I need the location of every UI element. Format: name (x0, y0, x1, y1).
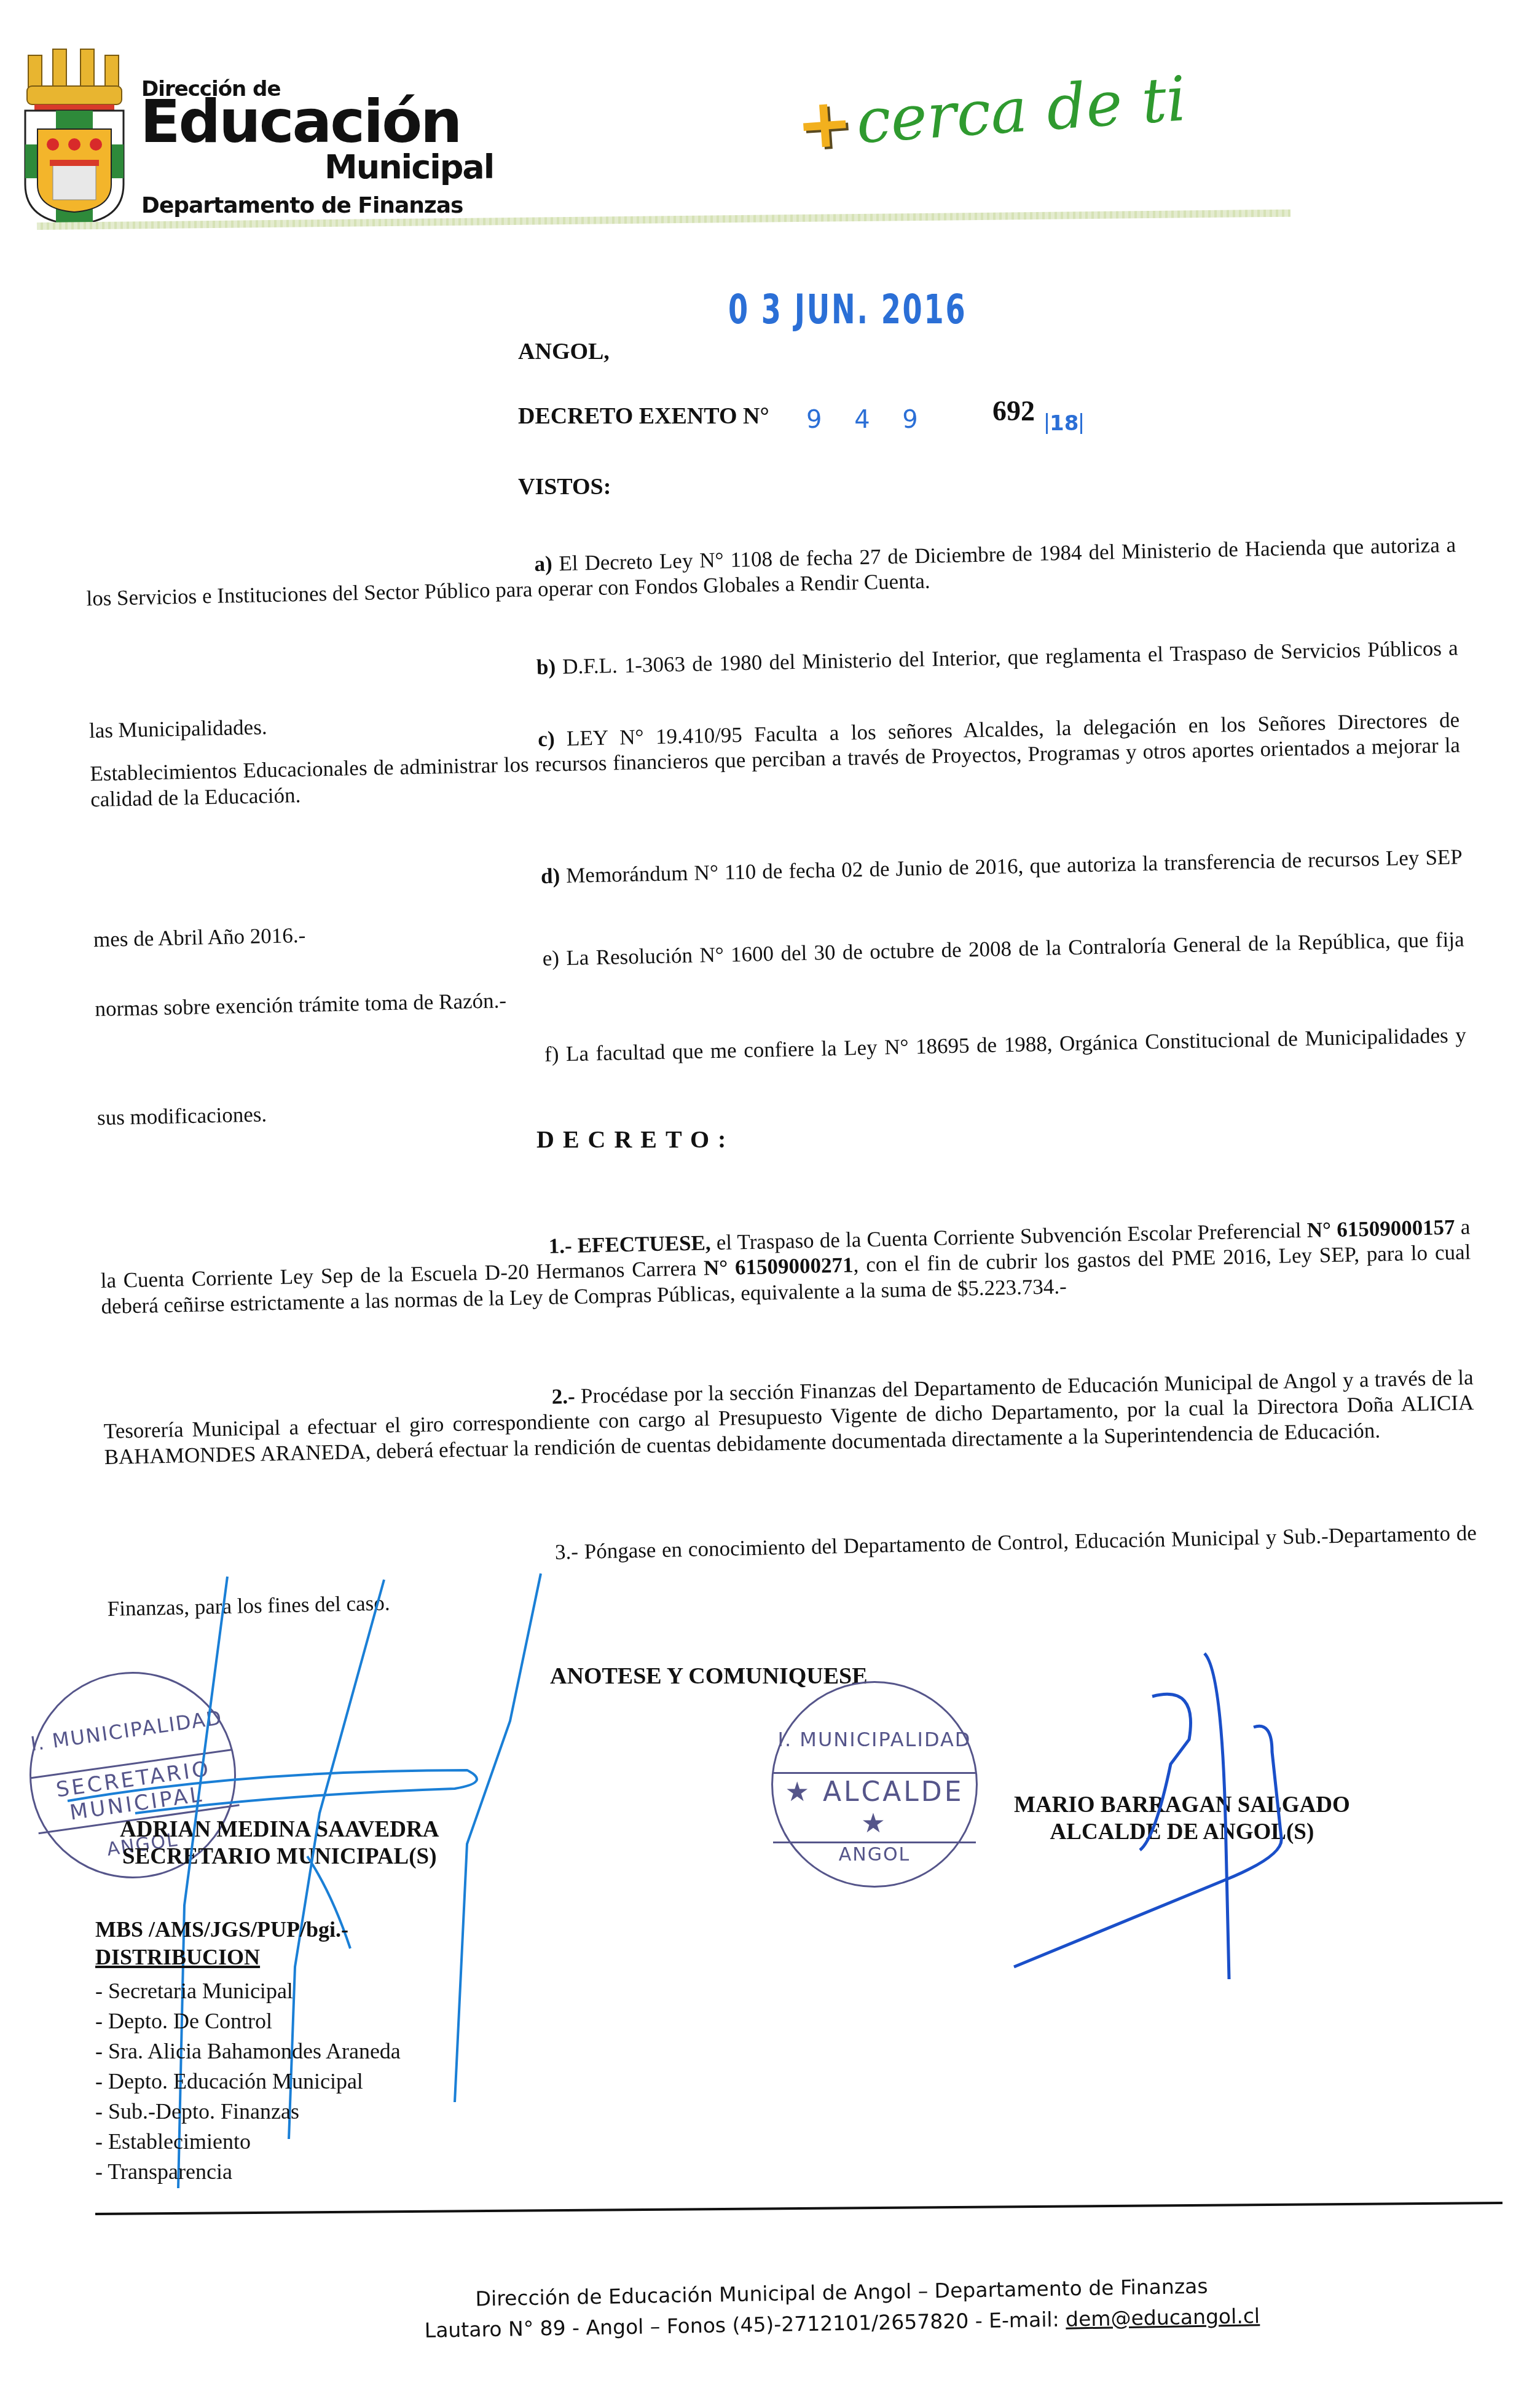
visto-f: f) La facultad que me confiere la Ley N°… (95, 1008, 1467, 1144)
distribution-item: - Depto. De Control (95, 2006, 401, 2036)
org-line-2: Educación (140, 92, 460, 151)
footer-divider (95, 2202, 1503, 2215)
secretary-name: ADRIAN MEDINA SAAVEDRA (120, 1816, 439, 1843)
city-heading: ANGOL, (518, 338, 610, 365)
org-line-3: Municipal (324, 148, 493, 186)
reference-stamp: 18 (1046, 413, 1082, 434)
plus-icon: + (793, 82, 855, 165)
decreto-item-2: 2.- Procédase por la sección Finanzas de… (103, 1365, 1475, 1470)
vistos-heading: VISTOS: (518, 473, 611, 500)
typist-initials: MBS /AMS/JGS/PUP/bgi.- (95, 1916, 348, 1942)
distribution-item: - Sra. Alicia Bahamondes Araneda (95, 2036, 401, 2066)
footer: Dirección de Educación Municipal de Ango… (380, 2269, 1303, 2346)
mayor-name: MARIO BARRAGAN SALGADO (1014, 1792, 1350, 1819)
email-link[interactable]: dem@educangol.cl (1066, 2304, 1260, 2331)
distribution-item: - Establecimiento (95, 2127, 401, 2157)
mayor-seal: I. MUNICIPALIDAD ★ ALCALDE ★ ANGOL (771, 1681, 978, 1888)
decree-label: DECRETO EXENTO N° (518, 403, 769, 430)
distribution-item: - Depto. Educación Municipal (95, 2066, 401, 2097)
visto-a: a) El Decreto Ley N° 1108 de fecha 27 de… (85, 532, 1456, 612)
slogan: +cerca de ti (793, 59, 1188, 165)
date-stamp: 0 3 JUN. 2016 (728, 286, 967, 333)
mayor-title: ALCALDE DE ANGOL(S) (1014, 1819, 1350, 1846)
coat-of-arms-icon (22, 43, 127, 227)
closing-formula: ANOTESE Y COMUNIQUESE (550, 1663, 868, 1690)
distribution-heading: DISTRIBUCION (95, 1944, 260, 1970)
reference-number: 692 (992, 395, 1035, 427)
secretary-signature-block: ADRIAN MEDINA SAAVEDRA SECRETARIO MUNICI… (120, 1816, 439, 1871)
org-department: Departamento de Finanzas (141, 193, 463, 218)
decreto-heading: DECRETO: (536, 1125, 734, 1154)
slogan-text: cerca de ti (854, 62, 1188, 157)
distribution-list: - Secretaria Municipal - Depto. De Contr… (95, 1976, 401, 2187)
distribution-item: - Secretaria Municipal (95, 1976, 401, 2006)
decreto-item-1: 1.- EFECTUESE, el Traspaso de la Cuenta … (100, 1214, 1471, 1319)
secretary-title: SECRETARIO MUNICIPAL(S) (120, 1843, 439, 1870)
distribution-item: - Transparencia (95, 2157, 401, 2187)
distribution-item: - Sub.-Depto. Finanzas (95, 2097, 401, 2127)
decreto-item-3: 3.- Póngase en conocimiento del Departam… (106, 1509, 1478, 1633)
decree-number-stamp: 9 4 9 (806, 406, 930, 434)
mayor-signature-block: MARIO BARRAGAN SALGADO ALCALDE DE ANGOL(… (1014, 1792, 1350, 1846)
